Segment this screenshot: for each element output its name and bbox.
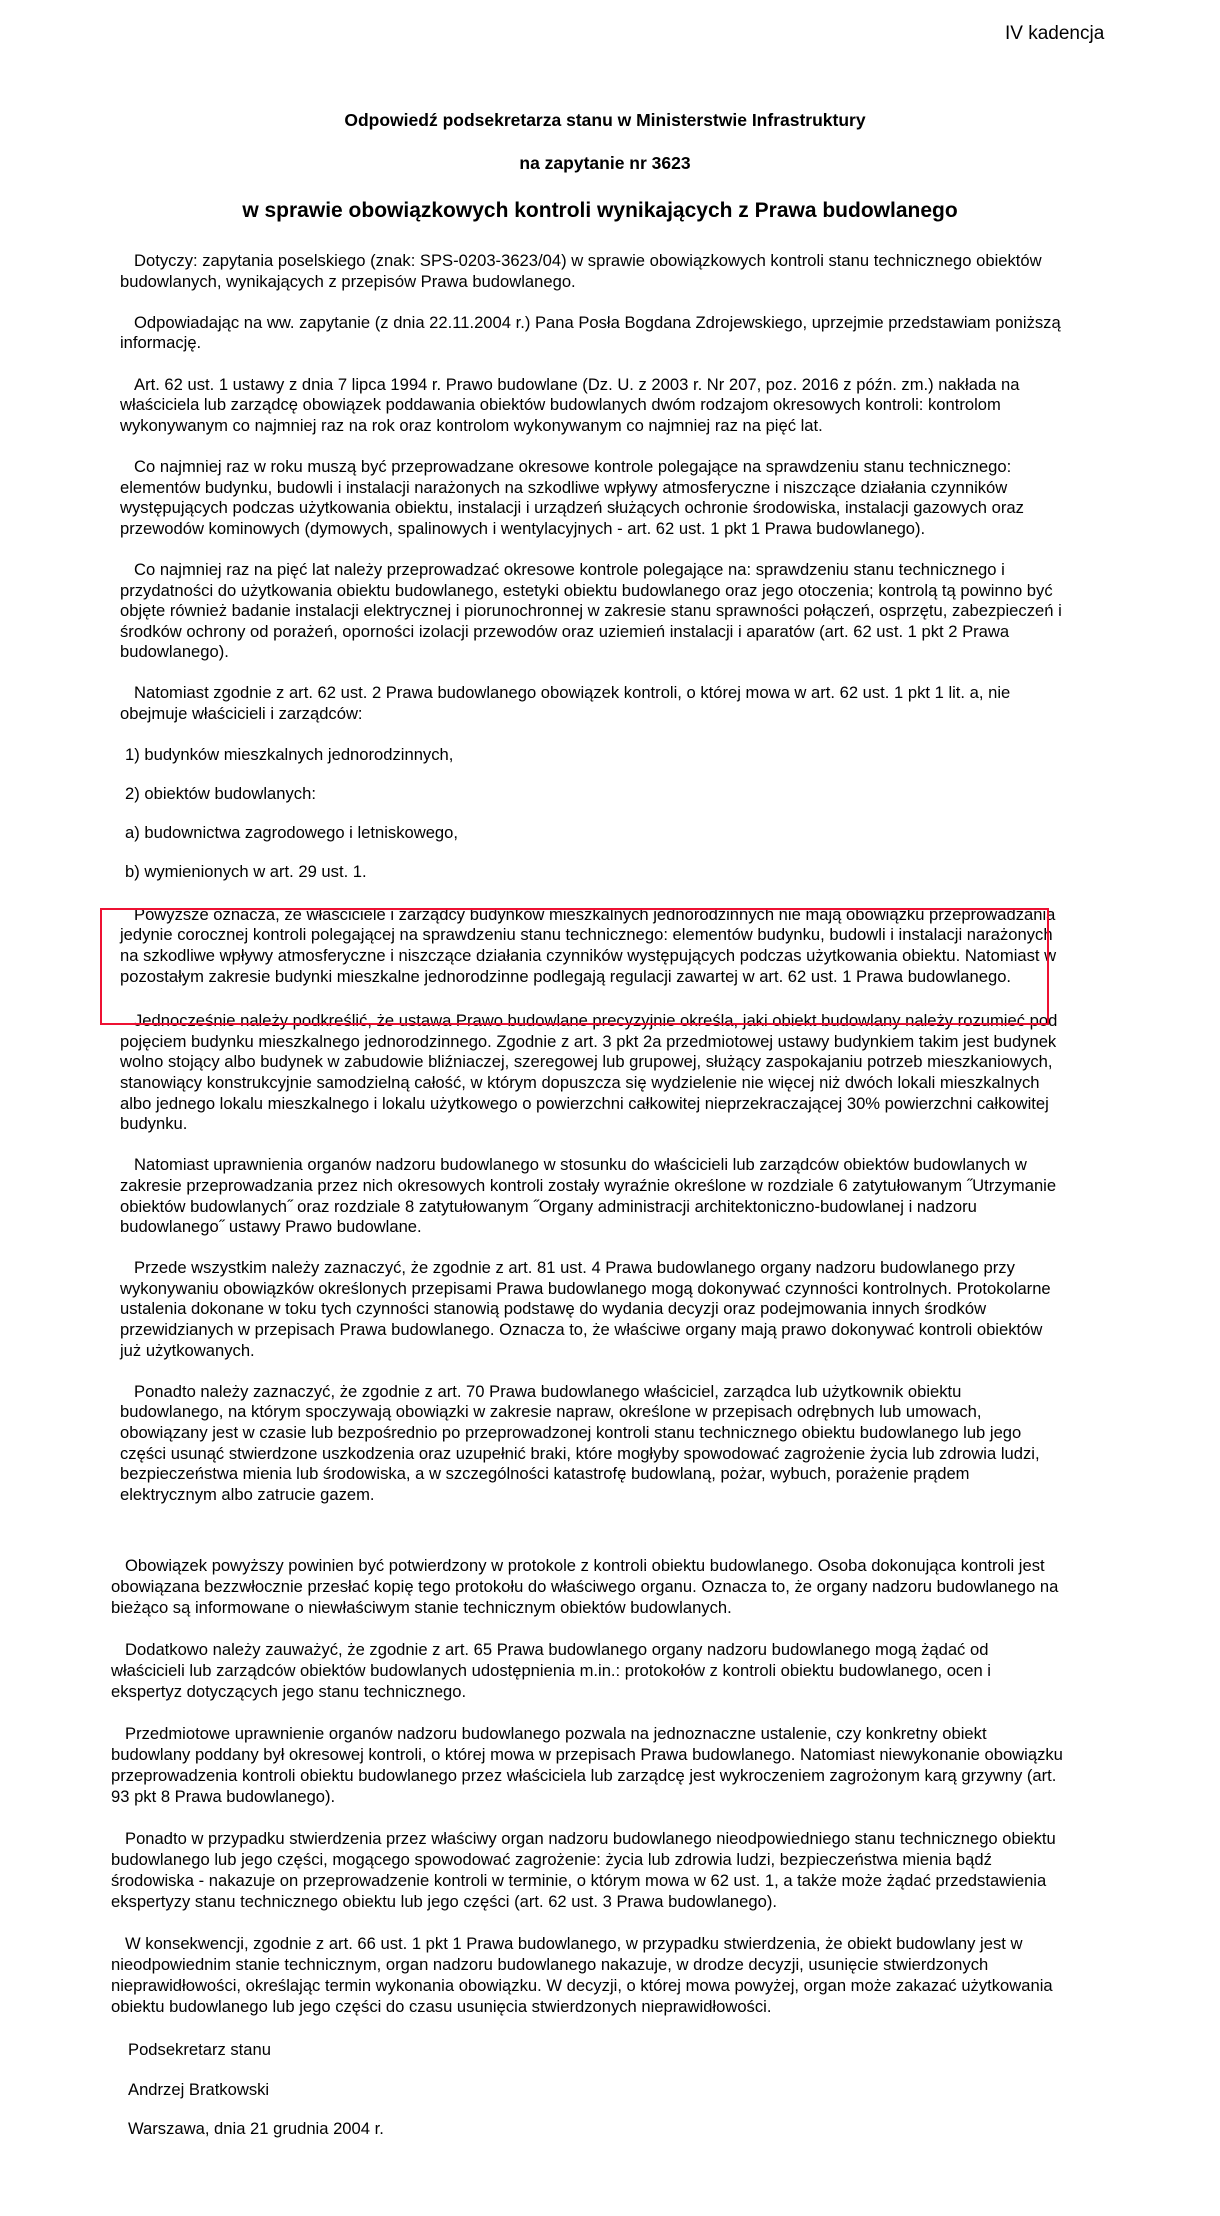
list-item: 1) budynków mieszkalnych jednorodzinnych…: [120, 745, 1065, 766]
highlighted-paragraph: Powyższe oznacza, że właściciele i zarzą…: [120, 905, 1065, 987]
paragraph: Przede wszystkim należy zaznaczyć, że zg…: [120, 1258, 1065, 1361]
paragraph-intro: Odpowiadając na ww. zapytanie (z dnia 22…: [120, 313, 1065, 354]
paragraph-reference: Dotyczy: zapytania poselskiego (znak: SP…: [120, 251, 1065, 292]
term-label: IV kadencja: [1005, 22, 1104, 46]
signature-name: Andrzej Bratkowski: [111, 2079, 1066, 2100]
list-item: 2) obiektów budowlanych:: [120, 784, 1065, 805]
list-item: b) wymienionych w art. 29 ust. 1.: [120, 862, 1065, 883]
paragraph: Art. 62 ust. 1 ustawy z dnia 7 lipca 199…: [120, 375, 1065, 437]
document-subject: w sprawie obowiązkowych kontroli wynikaj…: [0, 198, 1210, 224]
paragraph: Przedmiotowe uprawnienie organów nadzoru…: [111, 1723, 1066, 1807]
document-body-lower: Obowiązek powyższy powinien być potwierd…: [111, 1555, 1066, 2158]
document-body-upper: Dotyczy: zapytania poselskiego (znak: SP…: [120, 251, 1065, 1526]
document-title: Odpowiedź podsekretarza stanu w Minister…: [0, 109, 1215, 131]
paragraph: Natomiast uprawnienia organów nadzoru bu…: [120, 1155, 1065, 1237]
inquiry-number: na zapytanie nr 3623: [0, 152, 1215, 174]
paragraph: W konsekwencji, zgodnie z art. 66 ust. 1…: [111, 1933, 1066, 2017]
signature-place-date: Warszawa, dnia 21 grudnia 2004 r.: [111, 2118, 1066, 2139]
paragraph: Co najmniej raz na pięć lat należy przep…: [120, 560, 1065, 663]
paragraph: Obowiązek powyższy powinien być potwierd…: [111, 1555, 1066, 1618]
signature-position: Podsekretarz stanu: [111, 2039, 1066, 2060]
paragraph: Co najmniej raz w roku muszą być przepro…: [120, 457, 1065, 539]
paragraph: Ponadto należy zaznaczyć, że zgodnie z a…: [120, 1382, 1065, 1506]
paragraph: Dodatkowo należy zauważyć, że zgodnie z …: [111, 1639, 1066, 1702]
paragraph: Ponadto w przypadku stwierdzenia przez w…: [111, 1828, 1066, 1912]
list-item: a) budownictwa zagrodowego i letniskoweg…: [120, 823, 1065, 844]
paragraph: Jednocześnie należy podkreślić, że ustaw…: [120, 1011, 1065, 1135]
paragraph: Natomiast zgodnie z art. 62 ust. 2 Prawa…: [120, 683, 1065, 724]
